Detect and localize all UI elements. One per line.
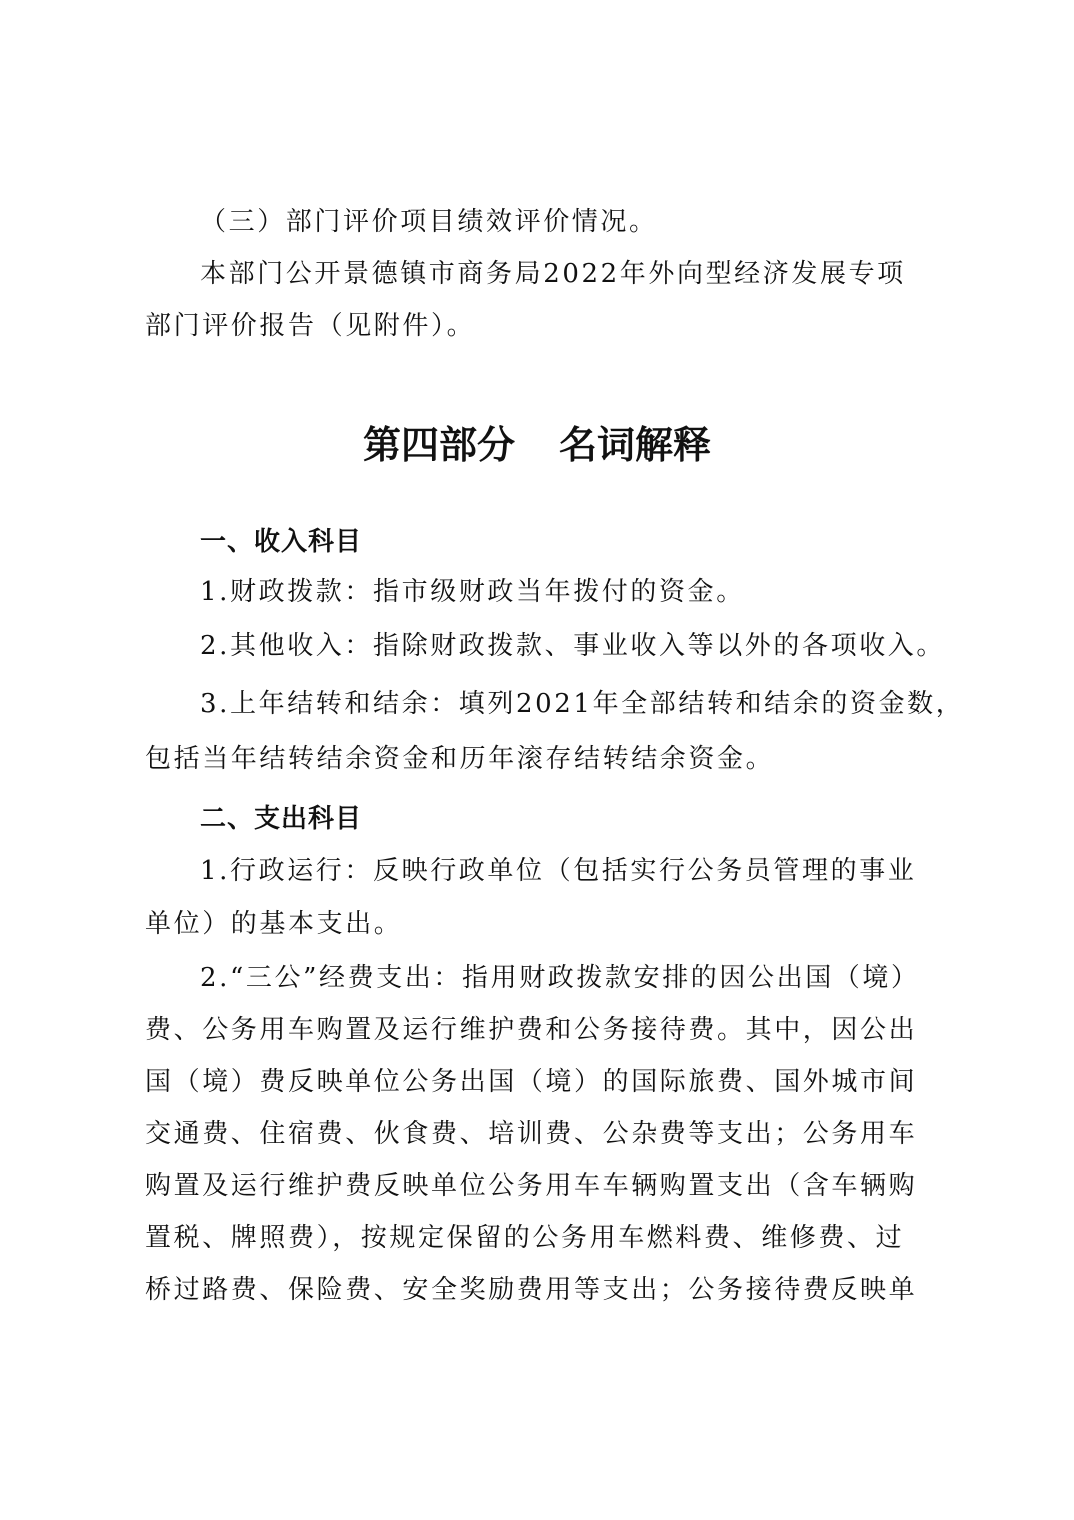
income-item-line: 1.财政拨款：指市级财政当年拨付的资金。 <box>200 575 1000 609</box>
income-item-line: 包括当年结转结余资金和历年滚存结转结余资金。 <box>145 742 945 776</box>
expense-item-line: 交通费、住宿费、伙食费、培训费、公杂费等支出；公务用车 <box>145 1117 945 1151</box>
expense-item-line: 单位）的基本支出。 <box>145 907 945 941</box>
expense-item-line: 2.“三公”经费支出：指用财政拨款安排的因公出国（境） <box>200 961 1000 995</box>
income-heading: 一、收入科目 <box>200 525 1000 559</box>
expense-item-line: 置税、牌照费），按规定保留的公务用车燃料费、维修费、过 <box>145 1221 945 1255</box>
part4-title: 第四部分名词解释 <box>0 414 1074 469</box>
section3-heading: （三）部门评价项目绩效评价情况。 <box>200 205 1000 239</box>
expense-item-line: 费、公务用车购置及运行维护费和公务接待费。其中，因公出 <box>145 1013 945 1047</box>
expense-item-line: 1.行政运行：反映行政单位（包括实行公务员管理的事业 <box>200 854 1000 888</box>
part4-title-left: 第四部分 <box>363 422 515 467</box>
expense-heading: 二、支出科目 <box>200 802 1000 836</box>
income-item-line: 3.上年结转和结余：填列2021年全部结转和结余的资金数， <box>200 687 1000 721</box>
section3-paragraph-line: 部门评价报告（见附件）。 <box>145 309 945 343</box>
income-item-line: 2.其他收入：指除财政拨款、事业收入等以外的各项收入。 <box>200 629 1000 663</box>
expense-item-line: 购置及运行维护费反映单位公务用车车辆购置支出（含车辆购 <box>145 1169 945 1203</box>
expense-item-line: 国（境）费反映单位公务出国（境）的国际旅费、国外城市间 <box>145 1065 945 1099</box>
part4-title-right: 名词解释 <box>559 422 711 467</box>
expense-item-line: 桥过路费、保险费、安全奖励费用等支出；公务接待费反映单 <box>145 1273 945 1307</box>
section3-paragraph-line: 本部门公开景德镇市商务局2022年外向型经济发展专项 <box>200 257 1000 291</box>
